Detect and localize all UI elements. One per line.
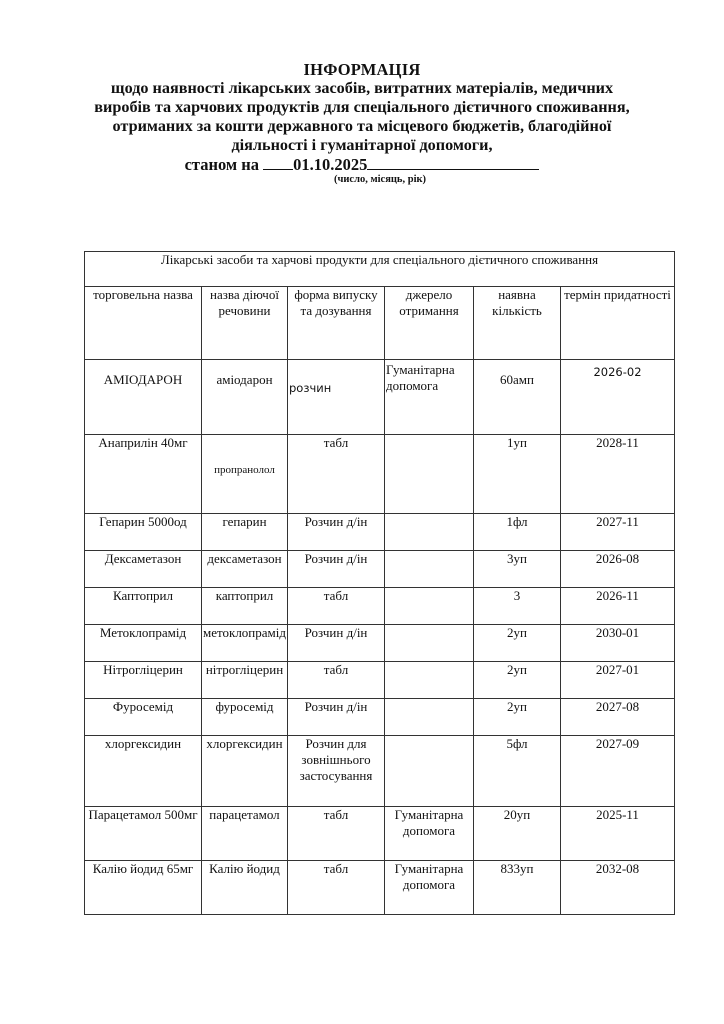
cell-quantity: 60амп bbox=[474, 360, 561, 435]
cell-source: Гуманітарна допомога bbox=[385, 360, 474, 435]
cell-form: табл bbox=[288, 662, 385, 699]
table-row: Парацетамол 500мг парацетамол табл Гуман… bbox=[85, 807, 675, 861]
cell-substance: хлоргексидин bbox=[202, 736, 288, 807]
cell-source: Гуманітарна допомога bbox=[385, 861, 474, 915]
cell-quantity: 20уп bbox=[474, 807, 561, 861]
cell-form-text: розчин bbox=[289, 381, 331, 395]
cell-substance: аміодарон bbox=[202, 360, 288, 435]
cell-quantity: 1фл bbox=[474, 514, 561, 551]
column-header-substance: назва діючої речовини bbox=[202, 287, 288, 360]
table-row: Нітрогліцерин нітрогліцерин табл 2уп 202… bbox=[85, 662, 675, 699]
cell-source bbox=[385, 736, 474, 807]
cell-trade-name: Нітрогліцерин bbox=[85, 662, 202, 699]
subtitle-line-2: виробів та харчових продуктів для спеціа… bbox=[0, 98, 724, 117]
cell-expiry: 2027-08 bbox=[561, 699, 675, 736]
table-row: АМІОДАРОН аміодарон розчин Гуманітарна д… bbox=[85, 360, 675, 435]
cell-source bbox=[385, 662, 474, 699]
table-row: Каптоприл каптоприл табл 3 2026-11 bbox=[85, 588, 675, 625]
table-caption-row: Лікарські засоби та харчові продукти для… bbox=[85, 252, 675, 287]
medicines-table: Лікарські засоби та харчові продукти для… bbox=[84, 251, 675, 915]
cell-substance: парацетамол bbox=[202, 807, 288, 861]
date-line: станом на 01.10.2025 bbox=[0, 155, 724, 174]
column-header-quantity: наявна кількість bbox=[474, 287, 561, 360]
cell-form: Розчин для зовнішнього застосування bbox=[288, 736, 385, 807]
cell-source bbox=[385, 551, 474, 588]
cell-trade-name: Парацетамол 500мг bbox=[85, 807, 202, 861]
table-row: Гепарин 5000од гепарин Розчин д/ін 1фл 2… bbox=[85, 514, 675, 551]
cell-trade-name: Анаприлін 40мг bbox=[85, 435, 202, 514]
cell-source bbox=[385, 625, 474, 662]
cell-expiry: 2027-01 bbox=[561, 662, 675, 699]
cell-trade-name: Фуросемід bbox=[85, 699, 202, 736]
date-caption: (число, місяць, рік) bbox=[0, 174, 724, 186]
table-row: Фуросемід фуросемід Розчин д/ін 2уп 2027… bbox=[85, 699, 675, 736]
date-underline-left bbox=[263, 155, 293, 170]
cell-trade-name: Калію йодид 65мг bbox=[85, 861, 202, 915]
column-header-source: джерело отримання bbox=[385, 287, 474, 360]
cell-expiry: 2028-11 bbox=[561, 435, 675, 514]
cell-quantity: 3уп bbox=[474, 551, 561, 588]
cell-substance: фуросемід bbox=[202, 699, 288, 736]
cell-substance: Калію йодид bbox=[202, 861, 288, 915]
cell-form: Розчин д/ін bbox=[288, 699, 385, 736]
cell-trade-name: АМІОДАРОН bbox=[85, 360, 202, 435]
cell-form: Розчин д/ін bbox=[288, 625, 385, 662]
table-row: Дексаметазон дексаметазон Розчин д/ін 3у… bbox=[85, 551, 675, 588]
cell-quantity: 833уп bbox=[474, 861, 561, 915]
cell-form: табл bbox=[288, 435, 385, 514]
subtitle-line-4: діяльності і гуманітарної допомоги, bbox=[0, 136, 724, 155]
document-header: ІНФОРМАЦІЯ щодо наявності лікарських зас… bbox=[0, 60, 724, 186]
cell-expiry: 2030-01 bbox=[561, 625, 675, 662]
subtitle-line-1: щодо наявності лікарських засобів, витра… bbox=[0, 79, 724, 98]
cell-source bbox=[385, 588, 474, 625]
table-caption: Лікарські засоби та харчові продукти для… bbox=[85, 252, 675, 287]
cell-expiry: 2025-11 bbox=[561, 807, 675, 861]
cell-substance: дексаметазон bbox=[202, 551, 288, 588]
column-header-form: форма випуску та дозування bbox=[288, 287, 385, 360]
cell-expiry: 2026-08 bbox=[561, 551, 675, 588]
table-row: Калію йодид 65мг Калію йодид табл Гумані… bbox=[85, 861, 675, 915]
cell-form: табл bbox=[288, 588, 385, 625]
cell-expiry: 2026-02 bbox=[561, 360, 675, 435]
subtitle-line-3: отриманих за кошти державного та місцево… bbox=[0, 117, 724, 136]
cell-form: розчин bbox=[288, 360, 385, 435]
cell-form: Розчин д/ін bbox=[288, 514, 385, 551]
cell-trade-name: Дексаметазон bbox=[85, 551, 202, 588]
cell-substance: метоклопрамід bbox=[202, 625, 288, 662]
table-header-row: торговельна назва назва діючої речовини … bbox=[85, 287, 675, 360]
date-prefix: станом на bbox=[185, 155, 259, 174]
cell-source bbox=[385, 514, 474, 551]
cell-quantity: 1уп bbox=[474, 435, 561, 514]
table-row: хлоргексидин хлоргексидин Розчин для зов… bbox=[85, 736, 675, 807]
cell-quantity: 2уп bbox=[474, 662, 561, 699]
cell-substance: каптоприл bbox=[202, 588, 288, 625]
document-title: ІНФОРМАЦІЯ bbox=[0, 60, 724, 79]
cell-expiry: 2026-11 bbox=[561, 588, 675, 625]
cell-form: табл bbox=[288, 807, 385, 861]
cell-trade-name: хлоргексидин bbox=[85, 736, 202, 807]
cell-form: табл bbox=[288, 861, 385, 915]
cell-expiry: 2032-08 bbox=[561, 861, 675, 915]
cell-trade-name: Каптоприл bbox=[85, 588, 202, 625]
cell-expiry: 2027-09 bbox=[561, 736, 675, 807]
cell-substance: гепарин bbox=[202, 514, 288, 551]
date-underline-right bbox=[367, 155, 539, 170]
cell-substance: нітрогліцерин bbox=[202, 662, 288, 699]
cell-source bbox=[385, 699, 474, 736]
cell-trade-name: Метоклопрамід bbox=[85, 625, 202, 662]
table-row: Метоклопрамід метоклопрамід Розчин д/ін … bbox=[85, 625, 675, 662]
cell-expiry-text: 2026-02 bbox=[593, 365, 641, 379]
cell-quantity: 5фл bbox=[474, 736, 561, 807]
cell-quantity: 3 bbox=[474, 588, 561, 625]
cell-quantity: 2уп bbox=[474, 625, 561, 662]
cell-trade-name: Гепарин 5000од bbox=[85, 514, 202, 551]
cell-substance: пропранолол bbox=[202, 435, 288, 514]
column-header-expiry: термін придатності bbox=[561, 287, 675, 360]
table-row: Анаприлін 40мг пропранолол табл 1уп 2028… bbox=[85, 435, 675, 514]
cell-source bbox=[385, 435, 474, 514]
cell-quantity: 2уп bbox=[474, 699, 561, 736]
cell-source: Гуманітарна допомога bbox=[385, 807, 474, 861]
cell-substance-text: пропранолол bbox=[214, 464, 275, 476]
cell-form: Розчин д/ін bbox=[288, 551, 385, 588]
cell-expiry: 2027-11 bbox=[561, 514, 675, 551]
column-header-trade-name: торговельна назва bbox=[85, 287, 202, 360]
date-value: 01.10.2025 bbox=[293, 155, 367, 174]
